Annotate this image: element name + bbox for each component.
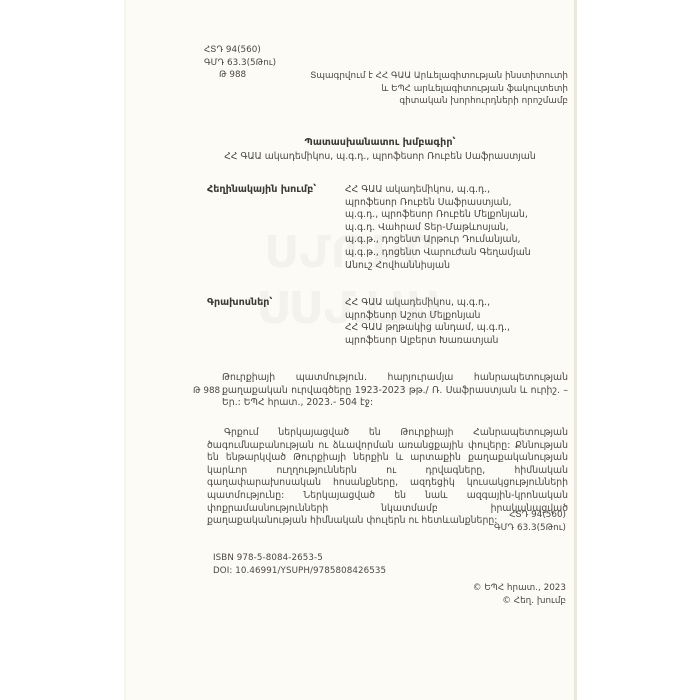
udc-code: ՀՏԴ 94(560) (204, 44, 276, 57)
author-line: ՀՀ ԳԱԱ ակադեմիկոս, պ.գ.դ., (345, 184, 531, 197)
classification-block: ՀՏԴ 94(560) ԳՄԴ 63.3(5Թու) Թ 988 (204, 44, 276, 82)
authors-list: ՀՀ ԳԱԱ ակադեմիկոս, պ.գ.դ., պրոֆեսոր Ռուբ… (345, 184, 531, 272)
reviewer-line: պրոֆեսոր Ալբերտ Խառատյան (345, 335, 510, 348)
reviewers-list: ՀՀ ԳԱԱ ակադեմիկոս, պ.գ.դ., պրոֆեսոր Աշոտ… (345, 297, 510, 347)
lbc-code: ԳՄԴ 63.3(5Թու) (204, 57, 276, 70)
editor-name: ՀՀ ԳԱԱ ակադեմիկոս, պ.գ.դ., պրոֆեսոր Ռուբ… (190, 151, 570, 164)
identifiers: ISBN 978-5-8084-2653-5 DOI: 10.46991/YSU… (213, 552, 386, 577)
reviewers-label: Գրախոսներ՝ (207, 297, 272, 310)
approval-line: գիտական խորհուրդների որոշմամբ (310, 95, 568, 108)
author-line: պ.գ.թ., դոցենտ Արթուր Դումանյան, (345, 234, 531, 247)
reviewer-line: պրոֆեսոր Աշոտ Մելքոնյան (345, 310, 510, 323)
catalog-entry: Թուրքիայի պատմություն. հարյուրամյա հանրա… (222, 372, 568, 410)
reviewer-line: ՀՀ ԳԱԱ ակադեմիկոս, պ.գ.դ., (345, 297, 510, 310)
author-line: պ.գ.դ., պրոֆեսոր Ռուբեն Մելքոնյան, (345, 209, 531, 222)
page-edge-shadow (574, 0, 577, 700)
author-line: պ.գ.թ., դոցենտ Վարուժան Գեղամյան (345, 247, 531, 260)
author-line: պրոֆեսոր Ռուբեն Սաֆրաստյան, (345, 197, 531, 210)
copyright-publisher: © ԵՊՀ հրատ., 2023 (473, 582, 566, 595)
approval-note: Տպագրվում է ՀՀ ԳԱԱ Արևելագիտության ինստի… (310, 70, 568, 108)
author-mark: Թ 988 (204, 69, 276, 82)
annotation-lbc: ԳՄԴ 63.3(5Թու) (494, 522, 566, 535)
doi: DOI: 10.46991/YSUPH/9785808426535 (213, 565, 386, 578)
author-line: պ.գ.դ. Վահրամ Տեր-Մաթևոսյան, (345, 222, 531, 235)
copyright-authors: © Հեղ. խումբ (473, 595, 566, 608)
author-line: Անուշ Հովհաննիսյան (345, 260, 531, 273)
reviewer-line: ՀՀ ԳԱԱ թղթակից անդամ, պ.գ.դ., (345, 322, 510, 335)
annotation-codes: ՀՏԴ 94(560) ԳՄԴ 63.3(5Թու) (494, 509, 566, 534)
editor-label: Պատասխանատու խմբագիր՝ (190, 137, 570, 150)
authors-label: Հեղինակային խումբ՝ (207, 184, 316, 197)
approval-line: և ԵՊՀ արևելագիտության ֆակուլտետի (310, 83, 568, 96)
copyright-block: © ԵՊՀ հրատ., 2023 © Հեղ. խումբ (473, 582, 566, 607)
isbn: ISBN 978-5-8084-2653-5 (213, 552, 386, 565)
catalog-code: Թ 988 (193, 385, 220, 398)
annotation-udc: ՀՏԴ 94(560) (494, 509, 566, 522)
approval-line: Տպագրվում է ՀՀ ԳԱԱ Արևելագիտության ինստի… (310, 70, 568, 83)
